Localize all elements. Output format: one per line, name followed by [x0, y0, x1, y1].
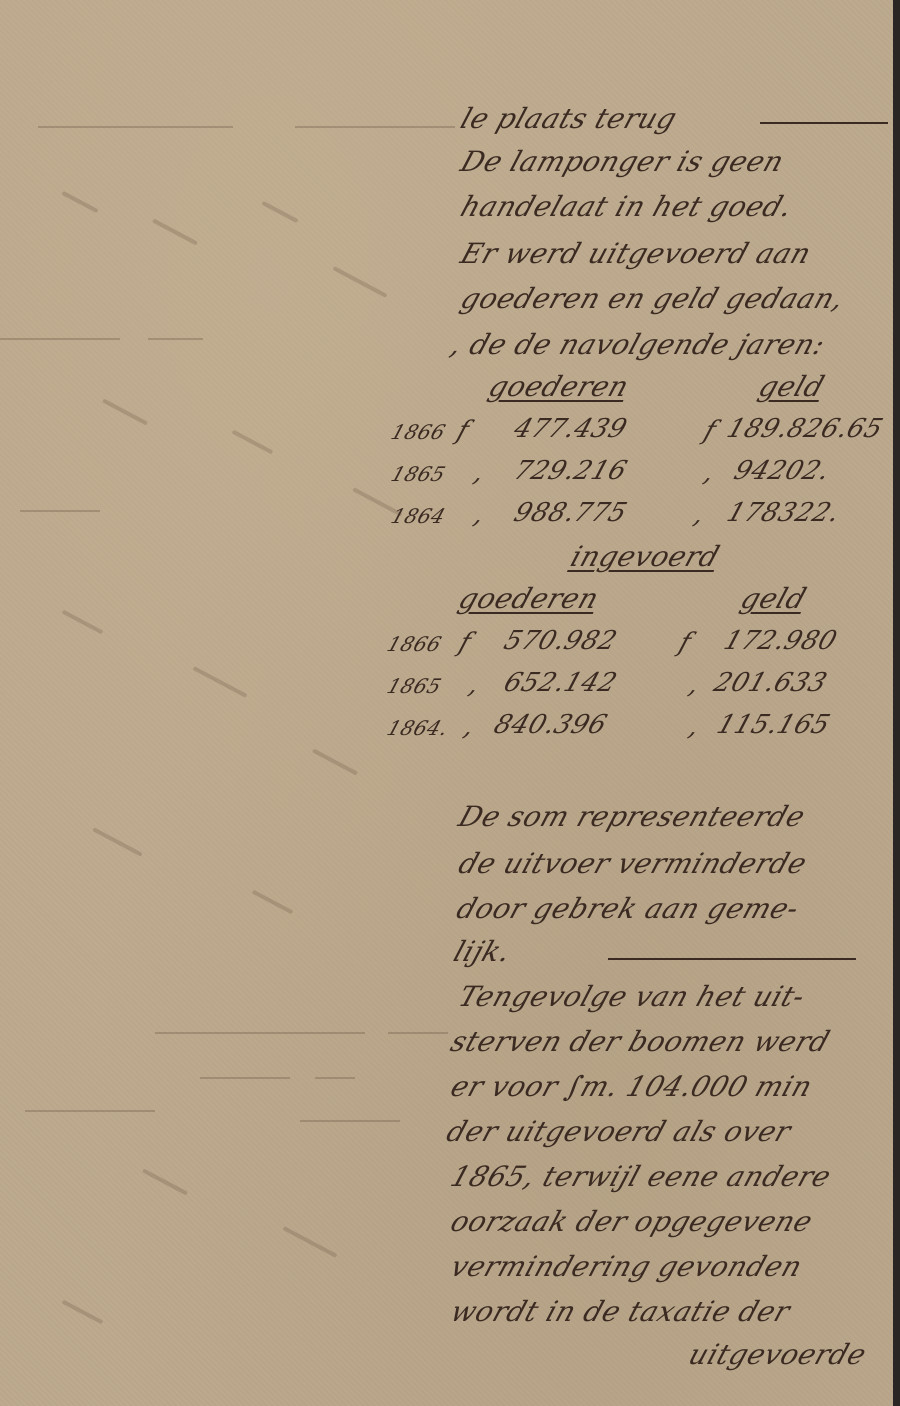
- import-heading: ingevoerd: [567, 540, 724, 573]
- page-edge: [893, 0, 900, 1406]
- import-money-header: geld: [737, 582, 811, 615]
- text-line: uitgevoerde: [685, 1338, 871, 1371]
- text-line: De som representeerde: [455, 800, 810, 833]
- text-line: Tengevolge van het uit-: [455, 980, 810, 1013]
- text-line: handelaat in het goed.: [457, 190, 797, 223]
- text-line: der uitgevoerd als over: [443, 1115, 796, 1148]
- export-money-header: geld: [755, 370, 829, 403]
- bleed-through-text: [0, 80, 450, 1380]
- document-page: le plaats terug De lamponger is geen han…: [0, 0, 893, 1406]
- import-goods-header: goederen: [455, 582, 604, 615]
- text-line: de uitvoer verminderde: [455, 847, 812, 880]
- line-filler-rule: [608, 958, 856, 960]
- text-line: wordt in de taxatie der: [447, 1295, 795, 1328]
- text-line: goederen en geld gedaan,: [457, 282, 849, 315]
- export-goods-header: goederen: [485, 370, 634, 403]
- text-line: sterven der boomen werd: [447, 1025, 834, 1058]
- text-line: oorzaak der opgegevene: [447, 1205, 817, 1238]
- text-line: door gebrek aan geme-: [453, 892, 804, 925]
- text-line: Er werd uitgevoerd aan: [457, 237, 816, 270]
- text-line: le plaats terug: [457, 102, 682, 135]
- line-filler-rule: [760, 122, 888, 124]
- text-line: 1865, terwijl eene andere: [447, 1160, 836, 1193]
- text-line: De lamponger is geen: [457, 145, 789, 178]
- text-line: lijk.: [450, 935, 516, 968]
- text-line: er voor ∫m. 104.000 min: [447, 1070, 817, 1103]
- text-line: vermindering gevonden: [447, 1250, 807, 1283]
- text-line: , de de navolgende jaren:: [447, 328, 830, 361]
